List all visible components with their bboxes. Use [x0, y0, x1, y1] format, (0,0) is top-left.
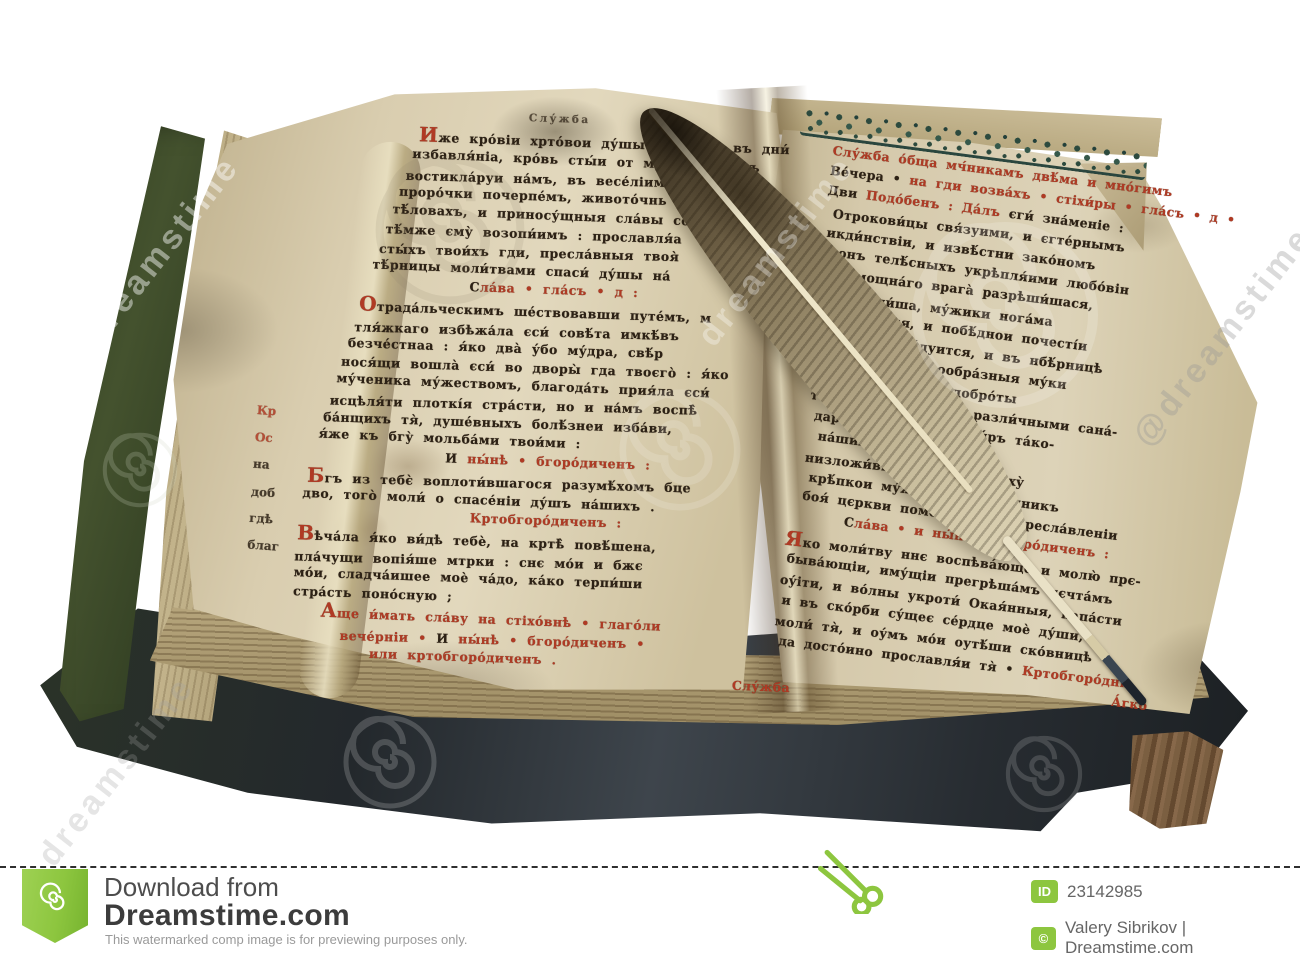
copyright-badge: ©	[1031, 927, 1056, 950]
credit-row: © Valery Sibrikov | Dreamstime.com	[1031, 918, 1300, 957]
image-id: 23142985	[1067, 882, 1143, 902]
photo-area: КрОснадобгдѣблаг Слу́жбаИже кро́віи хрто…	[0, 0, 1300, 866]
id-badge: ID	[1031, 880, 1058, 903]
dreamstime-badge	[22, 869, 88, 943]
preview-tagline: This watermarked comp image is for previ…	[105, 932, 467, 947]
credit-text: Valery Sibrikov | Dreamstime.com	[1065, 918, 1300, 957]
stock-photo-preview: КрОснадобгдѣблаг Слу́жбаИже кро́віи хрто…	[0, 0, 1300, 957]
site-name: Dreamstime.com	[104, 899, 350, 933]
scissors-icon	[812, 848, 898, 914]
image-id-row: ID 23142985	[1031, 880, 1143, 903]
dashed-cut-line	[0, 866, 1300, 868]
spiral-logo-icon	[36, 881, 74, 919]
right-page-text: Слу́жба о́бща мч́никамъ двѣ́ма и мно́гим…	[769, 141, 1211, 717]
